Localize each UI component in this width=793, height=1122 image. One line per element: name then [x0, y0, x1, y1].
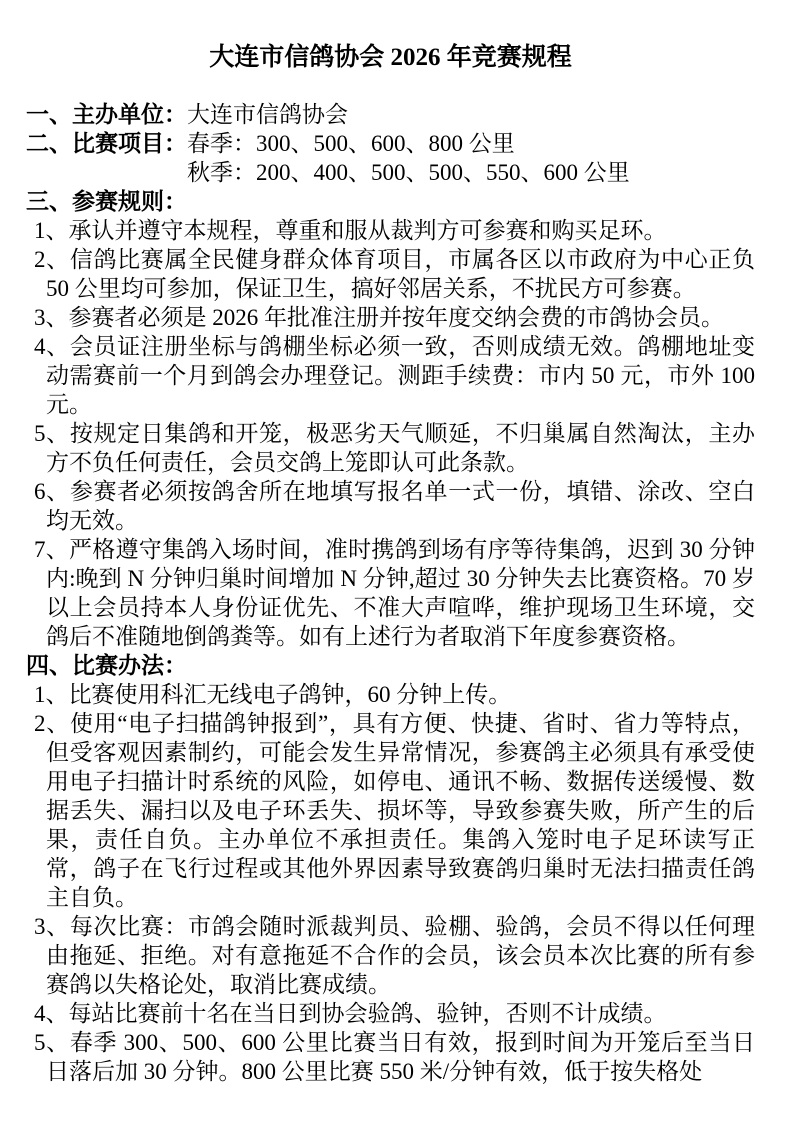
item-number: 3、 [34, 914, 70, 939]
item-text: 每站比赛前十名在当日到协会验鸽、验钟，否则不计成绩。 [69, 1001, 667, 1026]
item-number: 6、 [34, 479, 70, 504]
method-item: 1、比赛使用科汇无线电子鸽钟，60 分钟上传。 [26, 680, 755, 709]
item-text: 信鸽比赛属全民健身群众体育项目，市属各区以市政府为中心正负 50 公里均可参加，… [46, 247, 755, 301]
rule-item: 7、严格遵守集鸽入场时间，准时携鸽到场有序等待集鸽，迟到 30 分钟内:晚到 N… [26, 535, 755, 651]
item-number: 5、 [34, 421, 70, 446]
item-number: 2、 [34, 711, 70, 736]
events-label: 二、比赛项目： [26, 129, 187, 158]
section-events: 二、比赛项目： 春季：300、500、600、800 公里 秋季：200、400… [26, 129, 755, 187]
item-text: 会员证注册坐标与鸽棚坐标必须一致，否则成绩无效。鸽棚地址变动需赛前一个月到鸽会办… [46, 334, 755, 417]
item-text: 使用“电子扫描鸽钟报到”，具有方便、快捷、省时、省力等特点，但受客观因素制约，可… [46, 711, 755, 910]
item-number: 2、 [34, 247, 70, 272]
method-item: 2、使用“电子扫描鸽钟报到”，具有方便、快捷、省时、省力等特点，但受客观因素制约… [26, 709, 755, 912]
rule-item: 5、按规定日集鸽和开笼，极恶劣天气顺延，不归巢属自然淘汰，主办方不负任何责任，会… [26, 419, 755, 477]
item-text: 比赛使用科汇无线电子鸽钟，60 分钟上传。 [69, 682, 512, 707]
item-number: 4、 [34, 334, 70, 359]
method-item: 4、每站比赛前十名在当日到协会验鸽、验钟，否则不计成绩。 [26, 999, 755, 1028]
item-text: 严格遵守集鸽入场时间，准时携鸽到场有序等待集鸽，迟到 30 分钟内:晚到 N 分… [46, 537, 755, 649]
rule-item: 3、参赛者必须是 2026 年批准注册并按年度交纳会费的市鸽协会员。 [26, 303, 755, 332]
doc-title: 大连市信鸽协会 2026 年竞赛规程 [26, 42, 755, 73]
rule-item: 2、信鸽比赛属全民健身群众体育项目，市属各区以市政府为中心正负 50 公里均可参… [26, 245, 755, 303]
item-number: 5、 [34, 1030, 70, 1055]
item-text: 每次比赛：市鸽会随时派裁判员、验棚、验鸽，会员不得以任何理由拖延、拒绝。对有意拖… [46, 914, 755, 997]
events-line-autumn: 秋季：200、400、500、500、550、600 公里 [187, 158, 755, 187]
item-text: 参赛者必须是 2026 年批准注册并按年度交纳会费的市鸽协会员。 [69, 305, 725, 330]
item-number: 1、 [34, 682, 69, 707]
rule-item: 6、参赛者必须按鸽舍所在地填写报名单一式一份，填错、涂改、空白均无效。 [26, 477, 755, 535]
item-number: 4、 [34, 1001, 69, 1026]
item-text: 春季 300、500、600 公里比赛当日有效，报到时间为开笼后至当日日落后加 … [46, 1030, 755, 1084]
events-list: 春季：300、500、600、800 公里 秋季：200、400、500、500… [187, 129, 755, 187]
rule-item: 4、会员证注册坐标与鸽棚坐标必须一致，否则成绩无效。鸽棚地址变动需赛前一个月到鸽… [26, 332, 755, 419]
organizer-label: 一、主办单位： [26, 100, 187, 129]
methods-heading: 四、比赛办法： [26, 651, 755, 680]
document-page: 大连市信鸽协会 2026 年竞赛规程 一、主办单位： 大连市信鸽协会 二、比赛项… [0, 0, 793, 1122]
item-text: 参赛者必须按鸽舍所在地填写报名单一式一份，填错、涂改、空白均无效。 [46, 479, 755, 533]
item-number: 3、 [34, 305, 69, 330]
rule-item: 1、承认并遵守本规程，尊重和服从裁判方可参赛和购买足环。 [26, 216, 755, 245]
item-number: 7、 [34, 537, 69, 562]
organizer-value: 大连市信鸽协会 [187, 100, 755, 129]
rules-heading: 三、参赛规则： [26, 187, 755, 216]
section-organizer: 一、主办单位： 大连市信鸽协会 [26, 100, 755, 129]
item-text: 承认并遵守本规程，尊重和服从裁判方可参赛和购买足环。 [69, 218, 667, 243]
item-text: 按规定日集鸽和开笼，极恶劣天气顺延，不归巢属自然淘汰，主办方不负任何责任，会员交… [46, 421, 755, 475]
item-number: 1、 [34, 218, 69, 243]
events-line-spring: 春季：300、500、600、800 公里 [187, 129, 755, 158]
method-item: 3、每次比赛：市鸽会随时派裁判员、验棚、验鸽，会员不得以任何理由拖延、拒绝。对有… [26, 912, 755, 999]
method-item: 5、春季 300、500、600 公里比赛当日有效，报到时间为开笼后至当日日落后… [26, 1028, 755, 1086]
